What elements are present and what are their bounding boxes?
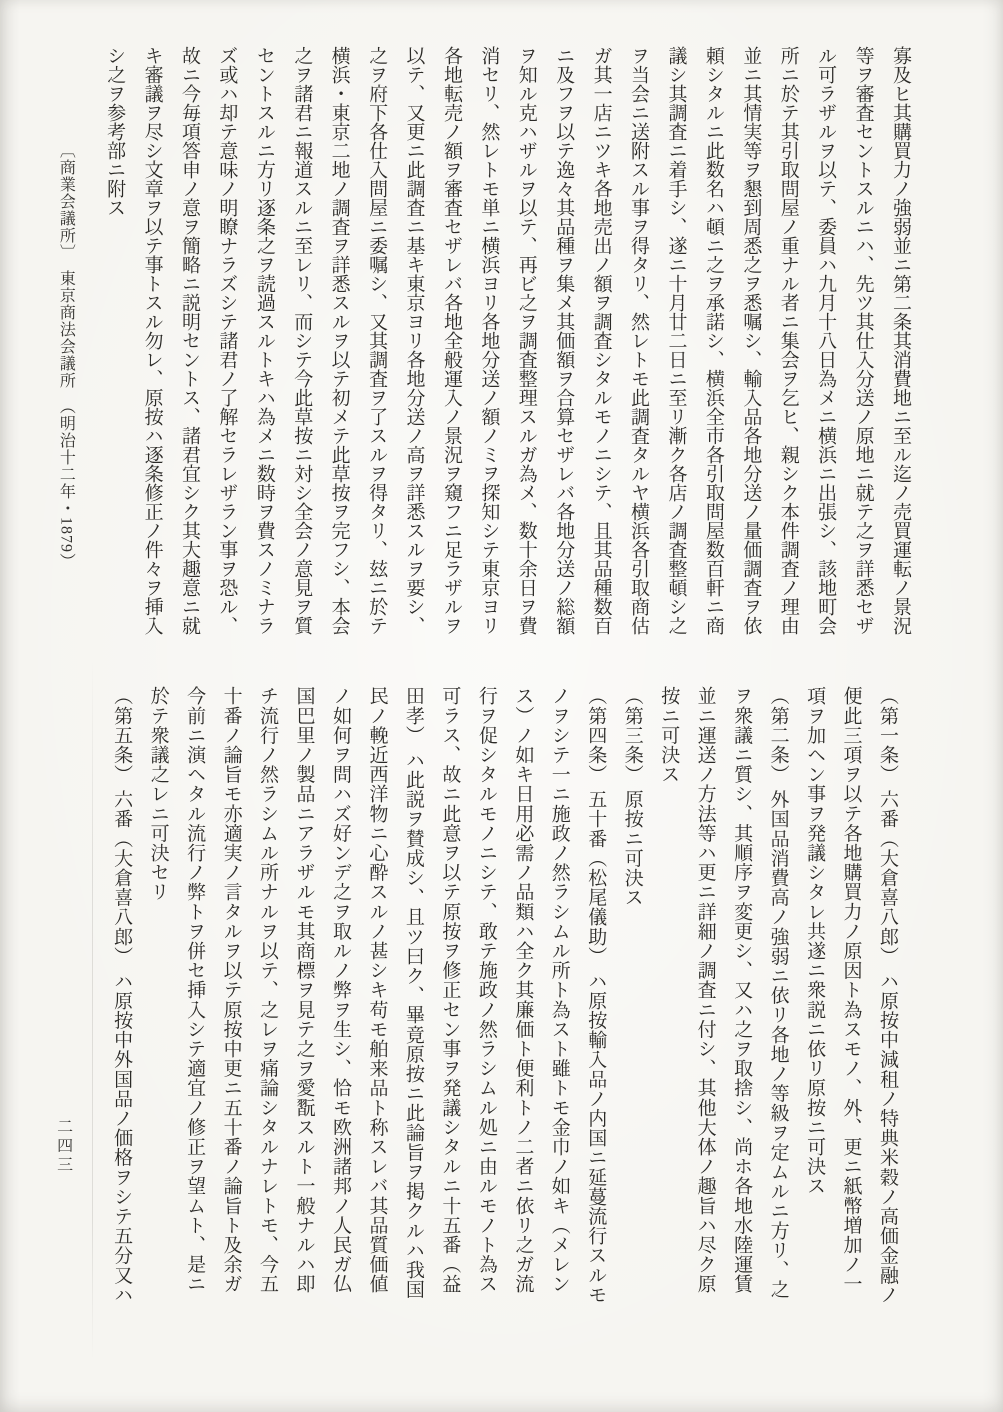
proceedings-intro-text-block: 寡及ヒ其購買力ノ強弱並ニ第二条其消費地ニ至ル迄ノ売買運転ノ景況 等ヲ審査セントス… xyxy=(96,46,919,648)
scan-crease-line xyxy=(92,660,93,1360)
resolutions-text-block: （第一条） 六番（大倉喜八郎） ハ原按中減租ノ特典米穀ノ高価金融ノ 便此三項ヲ以… xyxy=(103,686,905,1320)
scanned-document-page: 寡及ヒ其購買力ノ強弱並ニ第二条其消費地ニ至ル迄ノ売買運転ノ景況 等ヲ審査セントス… xyxy=(0,0,1003,1412)
source-attribution: 〔商業会議所〕 東京商法会議所 （明治十二年・1879） xyxy=(50,142,80,602)
page-number: 二四三 xyxy=(50,1118,76,1198)
